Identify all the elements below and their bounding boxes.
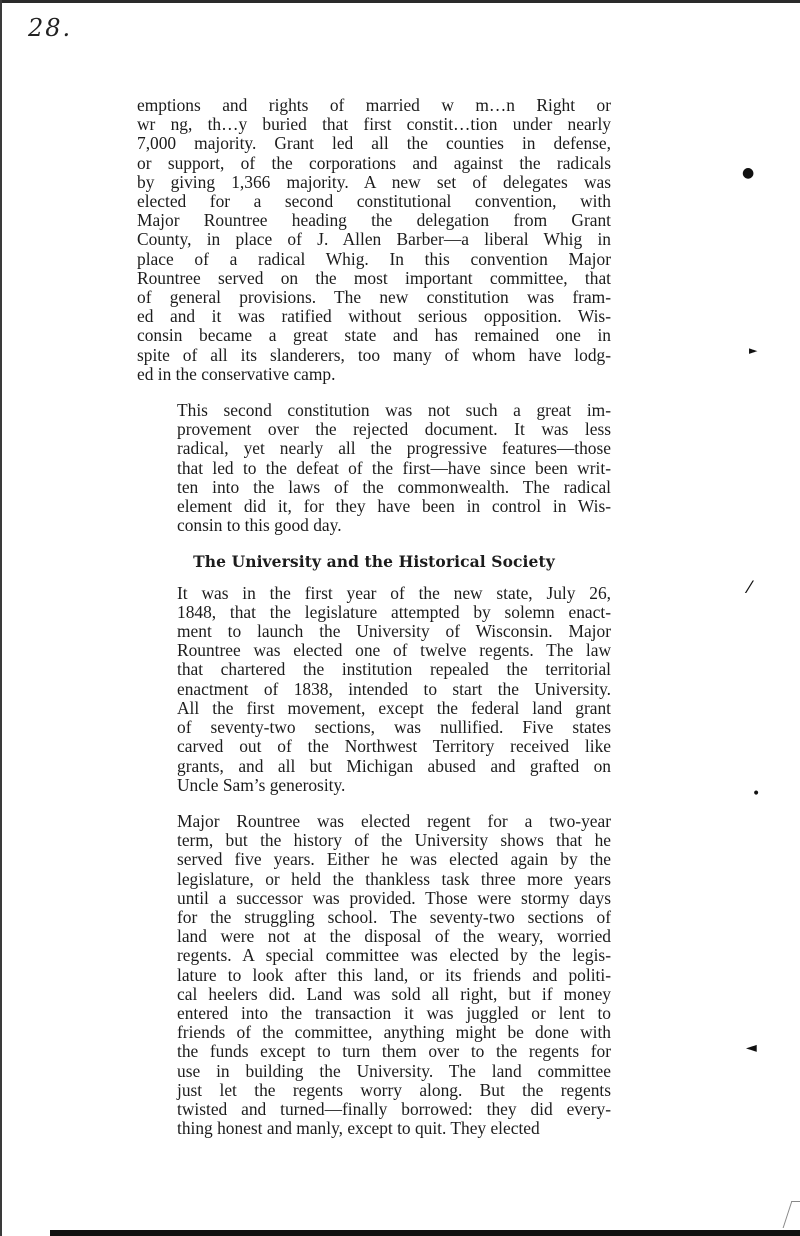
text-line: Rountree was elected one of twelve regen… [137,641,611,660]
text-line: term, but the history of the University … [137,831,611,850]
text-line: or support, of the corporations and agai… [137,154,611,173]
scan-bottom-edge [50,1230,800,1236]
text-column: emptions and rights of married w m…n Rig… [137,96,611,1155]
handwritten-page-number: 28. [28,14,72,42]
margin-ink-mark: • [752,786,760,802]
text-line: wr ng, th…y buried that first constit…ti… [137,115,611,134]
page-corner-fold [783,1201,800,1228]
text-line: place of a radical Whig. In this convent… [137,250,611,269]
paragraph-university-founding: It was in the first year of the new stat… [137,584,611,795]
text-line: of general provisions. The new constitut… [137,288,611,307]
text-line: grants, and all but Michigan abused and … [137,757,611,776]
text-line: entered into the transaction it was jugg… [137,1004,611,1023]
paragraph-second-constitution: This second constitution was not such a … [137,401,611,535]
text-line: ed in the conservative camp. [137,365,611,384]
text-line: County, in place of J. Allen Barber—a li… [137,230,611,249]
text-line: cal heelers did. Land was sold all right… [137,985,611,1004]
text-line: elected for a second constitutional conv… [137,192,611,211]
text-line: of seventy-two sections, was nullified. … [137,718,611,737]
text-line: radical, yet nearly all the progressive … [137,439,611,458]
text-line: Rountree served on the most important co… [137,269,611,288]
margin-ink-mark: ⁄ [748,578,751,598]
scan-left-edge [0,0,2,1236]
text-line: land were not at the disposal of the wea… [137,927,611,946]
text-line: thing honest and manly, except to quit. … [137,1119,611,1138]
scan-top-edge [0,0,800,3]
text-line: lature to look after this land, or its f… [137,966,611,985]
text-line: legislature, or held the thankless task … [137,870,611,889]
margin-ink-mark: ► [749,344,757,357]
margin-ink-mark: ● [742,165,754,181]
text-line: This second constitution was not such a … [137,401,611,420]
text-line: All the first movement, except the feder… [137,699,611,718]
text-line: until a successor was provided. Those we… [137,889,611,908]
text-line: by giving 1,366 majority. A new set of d… [137,173,611,192]
paragraph-regent-term: Major Rountree was elected regent for a … [137,812,611,1138]
paragraph-continued: emptions and rights of married w m…n Rig… [137,96,611,384]
text-line: Major Rountree was elected regent for a … [137,812,611,831]
text-line: spite of all its slanderers, too many of… [137,346,611,365]
text-line: enactment of 1838, intended to start the… [137,680,611,699]
text-line: twisted and turned—finally borrowed: the… [137,1100,611,1119]
text-line: Uncle Sam’s generosity. [137,776,611,795]
text-line: friends of the committee, anything might… [137,1023,611,1042]
text-line: ment to launch the University of Wiscons… [137,622,611,641]
text-line: served five years. Either he was elected… [137,850,611,869]
text-line: Major Rountree heading the delegation fr… [137,211,611,230]
text-line: for the struggling school. The seventy-t… [137,908,611,927]
section-heading: The University and the Historical Societ… [137,552,611,571]
text-line: It was in the first year of the new stat… [137,584,611,603]
text-line: provement over the rejected document. It… [137,420,611,439]
text-line: just let the regents worry along. But th… [137,1081,611,1100]
text-line: consin became a great state and has rema… [137,326,611,345]
text-line: 1848, that the legislature attempted by … [137,603,611,622]
text-line: emptions and rights of married w m…n Rig… [137,96,611,115]
text-line: the funds except to turn them over to th… [137,1042,611,1061]
text-line: ed and it was ratified without serious o… [137,307,611,326]
text-line: 7,000 majority. Grant led all the counti… [137,134,611,153]
text-line: carved out of the Northwest Territory re… [137,737,611,756]
text-line: that led to the defeat of the first—have… [137,459,611,478]
text-line: ten into the laws of the commonwealth. T… [137,478,611,497]
margin-ink-mark: ◄ [746,1040,757,1056]
text-line: use in building the University. The land… [137,1062,611,1081]
text-line: that chartered the institution repealed … [137,660,611,679]
text-line: element did it, for they have been in co… [137,497,611,516]
text-line: regents. A special committee was elected… [137,946,611,965]
text-line: consin to this good day. [137,516,611,535]
